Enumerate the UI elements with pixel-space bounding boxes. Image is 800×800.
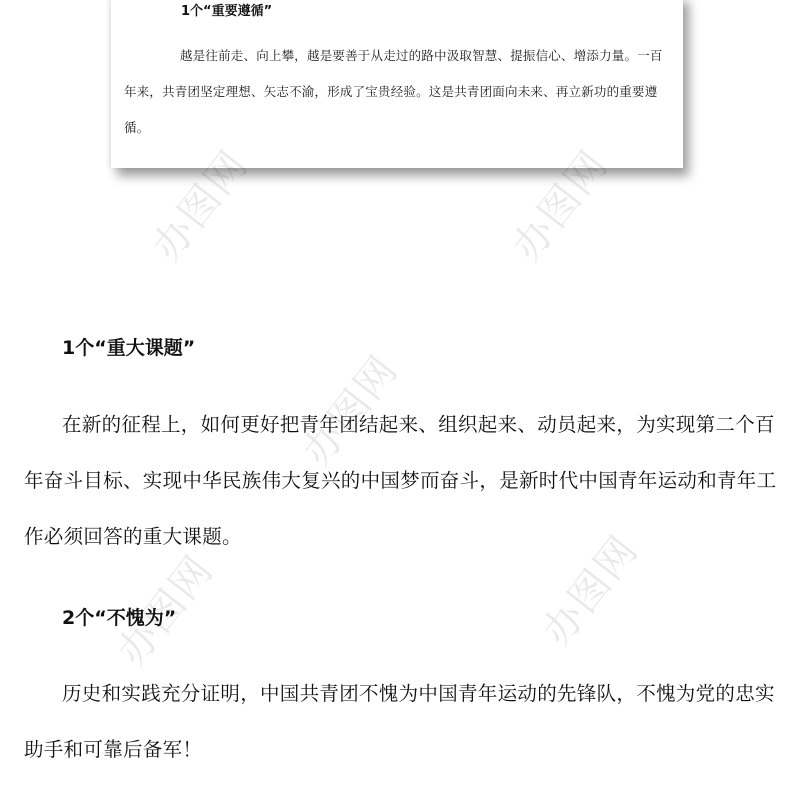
section-heading-worthy: 2个“不愧为” [62, 603, 176, 630]
section-heading-major-topic: 1个“重大课题” [62, 333, 195, 360]
card-heading: 1个“重要遵循” [181, 0, 272, 19]
card-paragraph: 越是往前走、向上攀，越是要善于从走过的路中汲取智慧、提振信心、增添力量。一百年来… [124, 38, 674, 146]
section-paragraph-major-topic: 在新的征程上，如何更好把青年团结起来、组织起来、动员起来，为实现第二个百年奋斗目… [24, 397, 780, 565]
quote-card: 1个“重要遵循” 越是往前走、向上攀，越是要善于从走过的路中汲取智慧、提振信心、… [111, 0, 683, 168]
section-paragraph-worthy: 历史和实践充分证明，中国共青团不愧为中国青年运动的先锋队，不愧为党的忠实助手和可… [24, 666, 780, 778]
